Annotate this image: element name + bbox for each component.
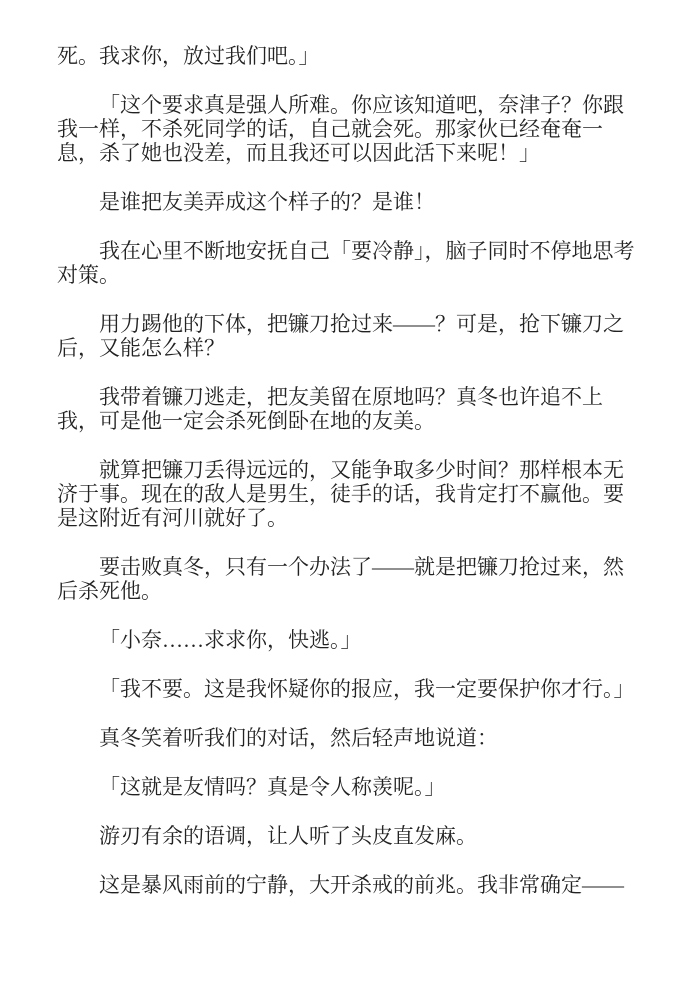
paragraph: 「这就是友情吗？真是令人称羡呢。」 — [57, 775, 640, 799]
paragraph: 「小奈……求求你，快逃。」 — [57, 628, 640, 652]
paragraph: 要击败真冬，只有一个办法了——就是把镰刀抢过来，然后杀死他。 — [57, 555, 640, 603]
paragraph: 真冬笑着听我们的对话，然后轻声地说道： — [57, 726, 640, 750]
paragraph: 我带着镰刀逃走，把友美留在原地吗？真冬也许追不上我，可是他一定会杀死倒卧在地的友… — [57, 385, 640, 433]
paragraph: 这是暴风雨前的宁静，大开杀戒的前兆。我非常确定—— — [57, 873, 640, 897]
paragraph: 是谁把友美弄成这个样子的？是谁！ — [57, 190, 640, 214]
paragraph: 游刃有余的语调，让人听了头皮直发麻。 — [57, 824, 640, 848]
paragraph: 用力踢他的下体，把镰刀抢过来——？可是，抢下镰刀之后，又能怎么样？ — [57, 312, 640, 360]
paragraph: 我在心里不断地安抚自己「要冷静」，脑子同时不停地思考对策。 — [57, 239, 640, 287]
paragraph: 死。我求你，放过我们吧。」 — [57, 44, 640, 68]
ebook-page: 死。我求你，放过我们吧。」「这个要求真是强人所难。你应该知道吧，奈津子？你跟我一… — [0, 0, 700, 992]
paragraph: 「我不要。这是我怀疑你的报应，我一定要保护你才行。」 — [57, 677, 640, 701]
paragraph: 就算把镰刀丢得远远的，又能争取多少时间？那样根本无济于事。现在的敌人是男生，徒手… — [57, 458, 640, 530]
paragraph: 「这个要求真是强人所难。你应该知道吧，奈津子？你跟我一样，不杀死同学的话，自己就… — [57, 93, 640, 165]
text-column: 死。我求你，放过我们吧。」「这个要求真是强人所难。你应该知道吧，奈津子？你跟我一… — [0, 0, 700, 897]
